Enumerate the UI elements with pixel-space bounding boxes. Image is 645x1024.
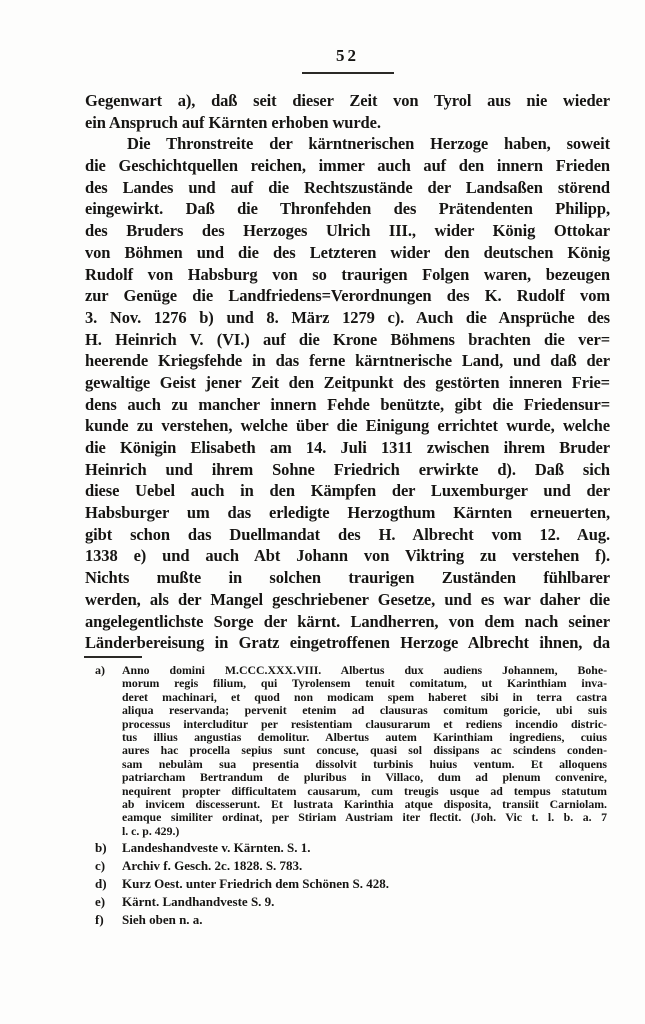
footnote-item: d) Kurz Oest. unter Friedrich dem Schöne… <box>95 876 607 892</box>
footnote-item: b) Landeshandveste v. Kärnten. S. 1. <box>95 840 607 856</box>
footnote-line: tus illius angustias demolitur. Albertus… <box>122 731 607 744</box>
body-line: H. Heinrich V. (VI.) auf die Krone Böhme… <box>85 329 610 351</box>
body-line: diese Uebel auch in den Kämpfen der Luxe… <box>85 480 610 502</box>
footnote-label: e) <box>95 894 122 910</box>
footnote-line: Kärnt. Landhandveste S. 9. <box>122 894 607 910</box>
footnote-line: aures hac procella sepius sunt concuse, … <box>122 744 607 757</box>
body-line: von Böhmen und die des Letzteren wider d… <box>85 242 610 264</box>
footnote-line: nequirent propter difficultatem causarum… <box>122 785 607 798</box>
footnote-line: eamque similiter ordinat, per Stiriam Au… <box>122 811 607 824</box>
footnote-item: c) Archiv f. Gesch. 2c. 1828. S. 783. <box>95 858 607 874</box>
footnote-line: morum regis filium, qui Tyrolensem tenui… <box>122 677 607 690</box>
body-line: 3. Nov. 1276 b) und 8. März 1279 c). Auc… <box>85 307 610 329</box>
body-line: dens auch zu mancher innern Fehde benütz… <box>85 394 610 416</box>
body-line: gibt schon das Duellmandat des H. Albrec… <box>85 524 610 546</box>
body-line: des Landes und auf die Rechtszustände de… <box>85 177 610 199</box>
page-number: 52 <box>336 46 359 66</box>
body-line: des Bruders des Herzoges Ulrich III., wi… <box>85 220 610 242</box>
body-line: Gegenwart a), daß seit dieser Zeit von T… <box>85 90 610 112</box>
body-line: 1338 e) und auch Abt Johann von Viktring… <box>85 545 610 567</box>
body-line: gewaltige Geist jener Zeit den Zeitpunkt… <box>85 372 610 394</box>
footnote-item: f) Sieh oben n. a. <box>95 912 607 928</box>
footnote-text: Kurz Oest. unter Friedrich dem Schönen S… <box>122 876 607 892</box>
footnotes-section: a) Anno domini M.CCC.XXX.VIII. Albertus … <box>95 664 607 927</box>
body-line: Die Thronstreite der kärntnerischen Herz… <box>85 133 610 155</box>
page-header: 52 <box>85 46 610 74</box>
footnote-text: Archiv f. Gesch. 2c. 1828. S. 783. <box>122 858 607 874</box>
footnote-line: sam nebulàm sua presentia dissolvit turb… <box>122 758 607 771</box>
footnote-item: a) Anno domini M.CCC.XXX.VIII. Albertus … <box>95 664 607 838</box>
footnote-line: Anno domini M.CCC.XXX.VIII. Albertus dux… <box>122 664 607 677</box>
footnote-label: a) <box>95 664 122 677</box>
footnote-separator <box>84 656 142 658</box>
body-line: die Geschichtquellen reichen, immer auch… <box>85 155 610 177</box>
footnote-text: Kärnt. Landhandveste S. 9. <box>122 894 607 910</box>
footnote-label: f) <box>95 912 122 928</box>
footnote-text: Sieh oben n. a. <box>122 912 607 928</box>
body-line: zur Genüge die Landfriedens=Verordnungen… <box>85 285 610 307</box>
body-line: angelegentlichste Sorge der kärnt. Landh… <box>85 611 610 633</box>
footnote-text: Landeshandveste v. Kärnten. S. 1. <box>122 840 607 856</box>
body-line: Länderbereisung in Gratz eingetroffenen … <box>85 632 610 654</box>
footnote-line: Landeshandveste v. Kärnten. S. 1. <box>122 840 607 856</box>
body-line: werden, als der Mangel geschriebener Ges… <box>85 589 610 611</box>
footnote-line: processus intercluditur per resistentiam… <box>122 718 607 731</box>
footnote-line: deret machinari, et quod non modicam spe… <box>122 691 607 704</box>
footnote-label: b) <box>95 840 122 856</box>
body-line: ein Anspruch auf Kärnten erhoben wurde. <box>85 112 610 134</box>
body-line: eingewirkt. Daß die Thronfehden des Prät… <box>85 198 610 220</box>
body-line: Heinrich und ihrem Sohne Friedrich erwir… <box>85 459 610 481</box>
body-line: Nichts mußte in solchen traurigen Zustän… <box>85 567 610 589</box>
page-number-rule <box>302 72 394 74</box>
footnote-line: aliqua reservanda; pervenit etenim ad cl… <box>122 704 607 717</box>
footnote-line: patriarcham Bertrandum de pluribus in Vi… <box>122 771 607 784</box>
body-line: heerende Kriegsfehde in das ferne kärntn… <box>85 350 610 372</box>
footnote-label: d) <box>95 876 122 892</box>
body-line: kunde zu verstehen, welche über die Eini… <box>85 415 610 437</box>
body-line: Rudolf von Habsburg von so traurigen Fol… <box>85 264 610 286</box>
footnote-item: e) Kärnt. Landhandveste S. 9. <box>95 894 607 910</box>
footnote-line: ab invicem discesserunt. Et lustrata Kar… <box>122 798 607 811</box>
body-text: Gegenwart a), daß seit dieser Zeit von T… <box>85 90 610 654</box>
book-page: 52 Gegenwart a), daß seit dieser Zeit vo… <box>0 0 645 1024</box>
footnote-line: Sieh oben n. a. <box>122 912 607 928</box>
footnote-line: Kurz Oest. unter Friedrich dem Schönen S… <box>122 876 607 892</box>
footnote-line: l. c. p. 429.) <box>122 825 607 838</box>
footnote-text: Anno domini M.CCC.XXX.VIII. Albertus dux… <box>122 664 607 838</box>
footnote-line: Archiv f. Gesch. 2c. 1828. S. 783. <box>122 858 607 874</box>
body-line: Habsburger um das erledigte Herzogthum K… <box>85 502 610 524</box>
body-line: die Königin Elisabeth am 14. Juli 1311 z… <box>85 437 610 459</box>
footnote-label: c) <box>95 858 122 874</box>
